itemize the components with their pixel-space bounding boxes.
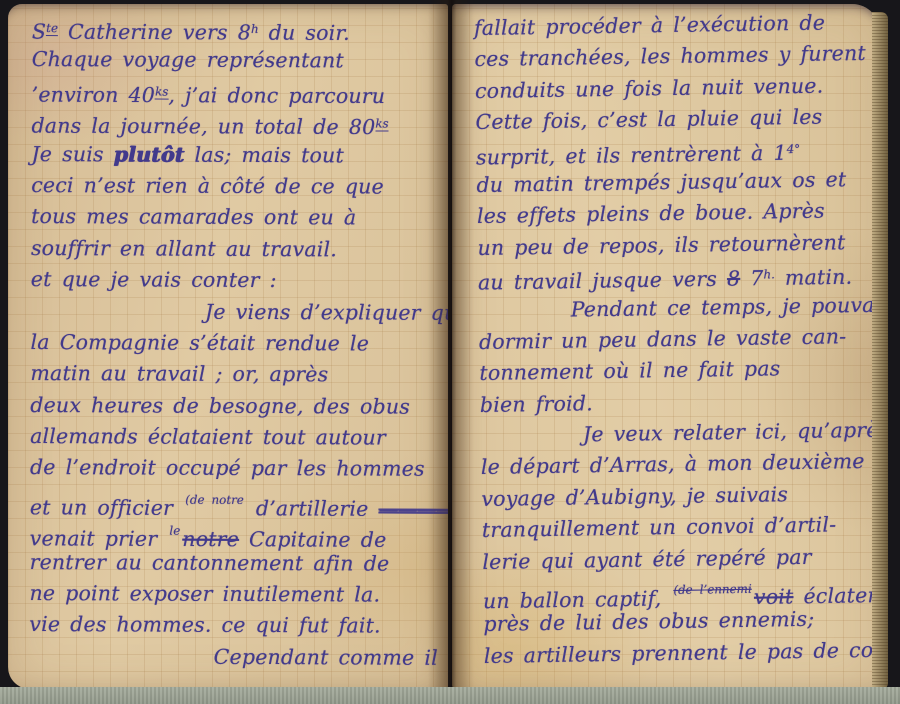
ink-text: Cependant comme il [214, 645, 438, 670]
handwritten-line: vie des hommes. ce qui fut fait. [29, 609, 439, 642]
ink-text: vie des hommes. ce qui fut fait. [29, 612, 381, 638]
superscript-text: 4° [787, 142, 801, 156]
handwritten-line: souffrir en allant au travail. [31, 233, 441, 266]
ink-text: fallait procéder à l’exécution de [474, 11, 825, 41]
handwritten-line: tranquillement un convoi d’artil- [482, 509, 876, 547]
ink-text: , j’ai donc parcouru [168, 83, 385, 108]
superscript-text: ks [375, 117, 388, 132]
handwritten-line: Ste Catherine vers 8h du soir. [32, 13, 442, 46]
ink-text: S [32, 20, 46, 44]
left-page-handwriting: Ste Catherine vers 8h du soir.Chaque voy… [29, 13, 442, 674]
ink-text: Pendant ce temps, je pouvais [571, 292, 880, 321]
ink-text: la Compagnie s’était rendue le [31, 330, 370, 355]
ink-text: rentrer au cantonnement afin de [30, 550, 390, 576]
interline-insertion: (de notre [185, 493, 244, 507]
handwritten-line: dormir un peu dans le vaste can- [479, 321, 873, 359]
ink-text: Catherine vers 8 [58, 20, 251, 45]
right-page: fallait procéder à l’exécution deces tra… [452, 4, 880, 689]
ink-text: dans la journée, un total de 80 [31, 114, 375, 140]
ink-text: voyage d’Aubigny, je suivais [481, 482, 788, 511]
ink-text: au travail jusque vers [478, 267, 727, 295]
ink-text: les artilleurs prennent le pas de course [484, 637, 880, 668]
left-page: Ste Catherine vers 8h du soir.Chaque voy… [8, 4, 448, 689]
handwritten-line: et un officier (de notre d’artillerie ——… [30, 484, 440, 517]
handwritten-line: allemands éclataient tout autour [30, 421, 440, 454]
handwritten-line: Cependant comme il [214, 642, 440, 674]
ink-text: Chaque voyage représentant [32, 47, 344, 72]
handwritten-line: matin au travail ; or, après [30, 358, 440, 391]
struck-out-word: 8 [727, 267, 741, 291]
ink-text: un peu de repos, ils retournèrent [477, 230, 845, 260]
ink-text: matin au travail ; or, après [30, 361, 328, 386]
ink-text: tonnement où il ne fait pas [479, 357, 780, 386]
ink-text: Cette fois, c’est la pluie qui les [475, 105, 822, 134]
ink-text: de l’endroit occupé par les hommes [30, 455, 425, 481]
handwritten-line: ceci n’est rien à côté de ce que [31, 170, 441, 203]
superscript-text: h [251, 22, 259, 36]
handwritten-line: ’environ 40ks, j’ai donc parcouru [32, 76, 442, 109]
superscript-text: h. [763, 267, 775, 281]
ink-text: du matin trempés jusqu’aux os et [476, 167, 846, 197]
handwritten-line: deux heures de besogne, des obus [30, 390, 440, 423]
handwritten-line: tous mes camarades ont eu à [31, 201, 441, 234]
interline-insertion: le [169, 524, 180, 538]
right-page-handwriting: fallait procéder à l’exécution deces tra… [474, 7, 878, 672]
ink-text: bien froid. [480, 391, 593, 417]
handwritten-line: les artilleurs prennent le pas de course [484, 635, 878, 673]
ink-text: souffrir en allant au travail. [31, 236, 337, 261]
ink-text: du soir. [259, 21, 350, 45]
ink-text: las; mais tout [185, 142, 344, 167]
ink-text: tranquillement un convoi d’artil- [482, 513, 837, 543]
interline-insertion: (de l’ennemi [673, 582, 752, 597]
handwritten-line: Je veux relater ici, qu’après [583, 415, 875, 451]
handwritten-line: Pendant ce temps, je pouvais [570, 289, 872, 325]
handwritten-line: un ballon captif, (de l’ennemivoit éclat… [483, 572, 877, 610]
notebook-scan: { "colors": { "ink": "#423a8c", "paper_l… [0, 0, 900, 704]
handwritten-line: rentrer au cantonnement afin de [30, 547, 440, 580]
ink-text: ’environ 40 [32, 82, 156, 107]
ink-text: Je viens d’expliquer que [205, 299, 448, 324]
handwritten-line: ne point exposer inutilement la. [29, 578, 439, 611]
handwritten-line: de l’endroit occupé par les hommes [30, 452, 440, 485]
overwritten-word: plutôt [114, 142, 185, 166]
ink-text: conduits une fois la nuit venue. [475, 73, 824, 102]
ink-text: deux heures de besogne, des obus [30, 393, 410, 419]
ink-text: tous mes camarades ont eu à [31, 204, 356, 229]
handwritten-line: la Compagnie s’était rendue le [30, 327, 440, 360]
ink-text: Je veux relater ici, qu’après [583, 418, 880, 447]
ink-text: les effets pleins de boue. Après [477, 199, 825, 228]
scribbled-out-word: ————— [378, 497, 448, 521]
ink-text: le départ d’Arras, à mon deuxième [481, 449, 865, 479]
ink-text: Je suis [31, 142, 113, 166]
ink-text: lerie qui ayant été repéré par [482, 544, 812, 573]
superscript-text: te [46, 21, 58, 36]
handwritten-line: le départ d’Arras, à mon deuxième [481, 446, 875, 484]
ink-text: ceci n’est rien à côté de ce que [31, 173, 384, 199]
ink-text: 7 [740, 266, 764, 290]
ink-text: dormir un peu dans le vaste can- [479, 324, 847, 354]
ink-text: surprit, et ils rentrèrent à 1 [476, 140, 787, 169]
handwritten-line: et que je vais conter : [31, 264, 441, 297]
ink-text: ne point exposer inutilement la. [29, 581, 380, 607]
handwritten-line: Chaque voyage représentant [32, 44, 442, 77]
ink-text: allemands éclataient tout autour [30, 424, 386, 450]
handwritten-line: Cette fois, c’est la pluie qui les [475, 101, 869, 139]
ink-text: matin. [775, 265, 853, 290]
ink-text: et que je vais conter : [31, 267, 277, 292]
ink-text: ces tranchées, les hommes y furent [474, 41, 866, 71]
handwritten-line: Je viens d’expliquer que [205, 296, 441, 328]
scanner-background-strip [0, 687, 900, 704]
handwritten-line: Je suis plutôt las; mais tout [31, 139, 441, 172]
superscript-text: ks [155, 84, 168, 99]
ink-text: près de lui des obus ennemis; [483, 607, 814, 636]
handwritten-line: dans la journée, un total de 80ks [31, 107, 441, 140]
stacked-sheet-edges [872, 12, 888, 690]
